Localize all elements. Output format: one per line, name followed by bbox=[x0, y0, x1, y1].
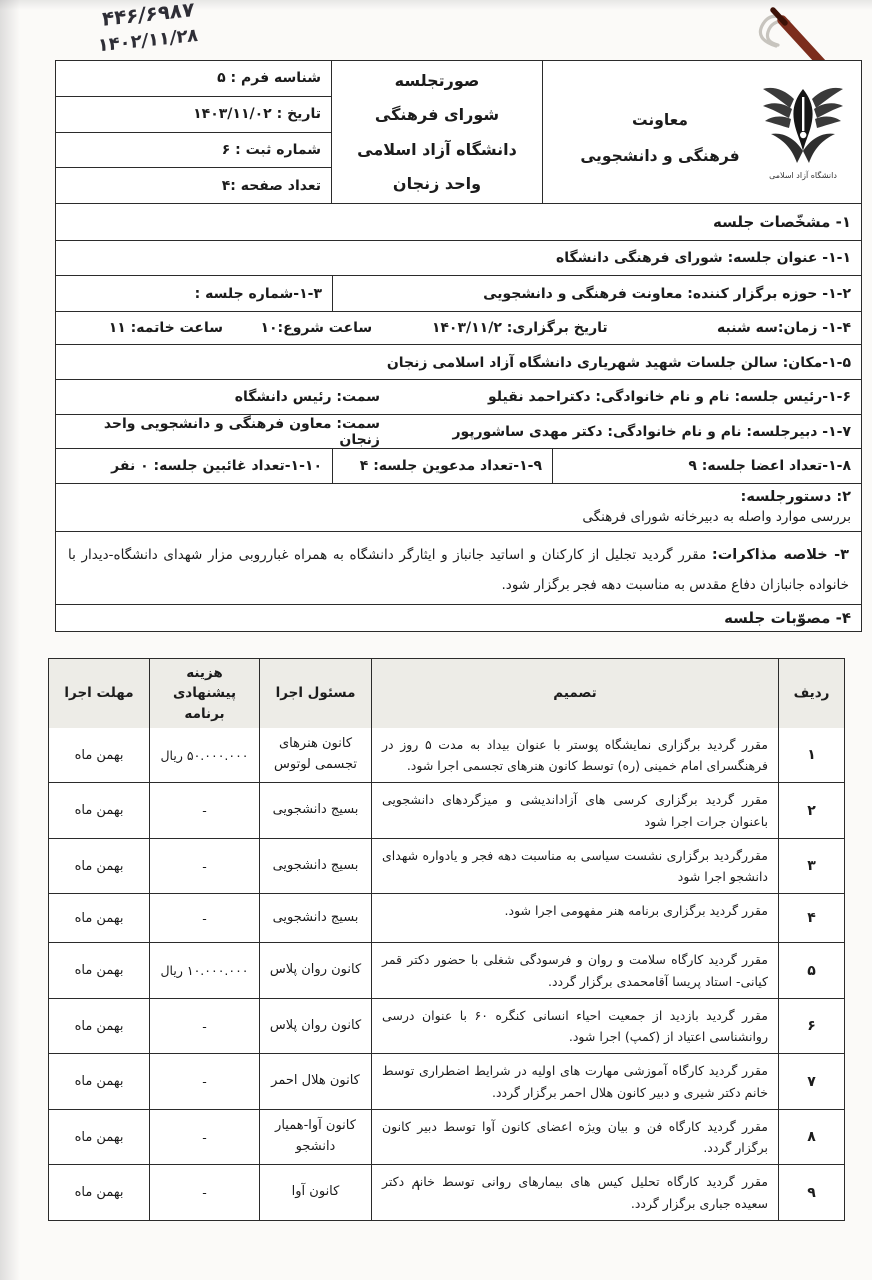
table-row: بهمن ماه - کانون آوا-همیار دانشجو مقرر گ… bbox=[49, 1109, 844, 1165]
secretary-position-field: سمت: معاون فرهنگی و دانشجویی واحد زنجان bbox=[66, 416, 380, 448]
row-number-cell: ۸ bbox=[778, 1110, 844, 1165]
azad-university-logo-icon: دانشگاه آزاد اسلامی bbox=[757, 75, 849, 191]
cost-cell: - bbox=[149, 999, 259, 1054]
row-host-and-session-no: ۱-۲- حوزه برگزار کننده: معاونت فرهنگی و … bbox=[55, 275, 862, 312]
title-line: صورتجلسه bbox=[395, 64, 480, 98]
section2-agenda: ۲: دستورجلسه: بررسی موارد واصله به دبیرخ… bbox=[55, 483, 862, 533]
executor-cell: کانون آوا-همیار دانشجو bbox=[259, 1110, 371, 1165]
cell-divider bbox=[332, 449, 333, 483]
cell-divider bbox=[332, 276, 333, 311]
meeting-date-field: تاریخ برگزاری: ۱۴۰۳/۱۱/۲ bbox=[372, 320, 608, 336]
executor-cell: کانون آوا bbox=[259, 1165, 371, 1220]
decisions-table: مهلت اجرا هزینه پیشنهادی برنامه مسئول اج… bbox=[48, 658, 845, 1221]
section3-lead: ۳- خلاصه مذاکرات: bbox=[712, 547, 849, 563]
decision-cell: مقررگردید برگزاری نشست سیاسی به مناسبت د… bbox=[371, 839, 778, 894]
secretary-name-field: ۱-۷- دبیرجلسه: نام و نام خانوادگی: دکتر … bbox=[380, 424, 851, 440]
meeting-day-field: ۱-۴- زمان:سه شنبه bbox=[608, 320, 851, 336]
deadline-cell: بهمن ماه bbox=[49, 783, 149, 838]
form-header-table: شناسه فرم : ۵ تاریخ : ۱۴۰۳/۱۱/۰۲ شماره ث… bbox=[55, 60, 862, 205]
cost-cell: - bbox=[149, 1165, 259, 1220]
form-meta-column: شناسه فرم : ۵ تاریخ : ۱۴۰۳/۱۱/۰۲ شماره ث… bbox=[56, 61, 331, 204]
executor-cell: کانون هنرهای تجسمی لوتوس bbox=[259, 728, 371, 783]
decision-cell: مقرر گردید کارگاه آموزشی مهارت های اولیه… bbox=[371, 1054, 778, 1109]
decision-cell: مقرر گردید بازدید از جمعیت احیاء انسانی … bbox=[371, 999, 778, 1054]
header-row-number: ردیف bbox=[778, 659, 844, 728]
scanned-meeting-minutes-page: { "colors": { "ink": "#1c1c1c", "border"… bbox=[0, 0, 872, 1280]
row-secretary: ۱-۷- دبیرجلسه: نام و نام خانوادگی: دکتر … bbox=[55, 414, 862, 450]
table-row: بهمن ماه - بسیج دانشجویی مقررگردید برگزا… bbox=[49, 838, 844, 894]
row-attendance-counts: ۱-۸-تعداد اعضا جلسه: ۹ ۱-۹-تعداد مدعوین … bbox=[55, 448, 862, 484]
deadline-cell: بهمن ماه bbox=[49, 894, 149, 942]
table-row: بهمن ماه ۱۰.۰۰۰.۰۰۰ ریال کانون روان پلاس… bbox=[49, 942, 844, 998]
row-number-cell: ۷ bbox=[778, 1054, 844, 1109]
deadline-cell: بهمن ماه bbox=[49, 728, 149, 783]
document-title: صورتجلسه شورای فرهنگی دانشگاه آزاد اسلام… bbox=[331, 61, 543, 204]
executor-cell: کانون هلال احمر bbox=[259, 1054, 371, 1109]
form-date-field: تاریخ : ۱۴۰۳/۱۱/۰۲ bbox=[56, 97, 331, 133]
title-line: واحد زنجان bbox=[393, 167, 481, 201]
header-decision: تصمیم bbox=[371, 659, 778, 728]
cell-divider bbox=[552, 449, 553, 483]
host-department-field: ۱-۲- حوزه برگزار کننده: معاونت فرهنگی و … bbox=[333, 276, 861, 311]
executor-cell: کانون روان پلاس bbox=[259, 943, 371, 998]
form-id-field: شناسه فرم : ۵ bbox=[56, 61, 331, 97]
header-deadline: مهلت اجرا bbox=[49, 659, 149, 728]
executor-cell: بسیج دانشجویی bbox=[259, 894, 371, 942]
scan-shadow-left bbox=[0, 0, 20, 1280]
row-number-cell: ۲ bbox=[778, 783, 844, 838]
invitees-count-field: ۱-۹-تعداد مدعوین جلسه: ۴ bbox=[333, 449, 552, 483]
executor-cell: کانون روان پلاس bbox=[259, 999, 371, 1054]
table-row: بهمن ماه - کانون آوا مقرر گردید کارگاه ت… bbox=[49, 1164, 844, 1220]
row-number-cell: ۶ bbox=[778, 999, 844, 1054]
department-cell: معاونت فرهنگی و دانشجویی دانشگاه آ bbox=[543, 61, 863, 204]
form-registration-number-field: شماره ثبت : ۶ bbox=[56, 133, 331, 169]
decision-cell: مقرر گردید برگزاری برنامه هنر مفهومی اجر… bbox=[371, 894, 778, 942]
deadline-cell: بهمن ماه bbox=[49, 1110, 149, 1165]
row-number-cell: ۴ bbox=[778, 894, 844, 942]
end-time-field: ساعت خاتمه: ۱۱ bbox=[66, 320, 223, 336]
cost-cell: - bbox=[149, 1110, 259, 1165]
row-number-cell: ۱ bbox=[778, 728, 844, 783]
form-page-count-field: تعداد صفحه :۴ bbox=[56, 168, 331, 204]
row-meeting-title: ۱-۱- عنوان جلسه: شورای فرهنگی دانشگاه bbox=[55, 240, 862, 277]
cost-cell: - bbox=[149, 839, 259, 894]
cost-cell: - bbox=[149, 783, 259, 838]
cost-cell: ۱۰.۰۰۰.۰۰۰ ریال bbox=[149, 943, 259, 998]
title-line: شورای فرهنگی bbox=[375, 98, 499, 132]
session-number-field: ۱-۳-شماره جلسه : bbox=[56, 276, 332, 311]
title-line: دانشگاه آزاد اسلامی bbox=[357, 133, 517, 167]
table-row: بهمن ماه - بسیج دانشجویی مقرر گردید برگز… bbox=[49, 893, 844, 942]
table-row: بهمن ماه - کانون هلال احمر مقرر گردید کا… bbox=[49, 1053, 844, 1109]
decisions-table-header: مهلت اجرا هزینه پیشنهادی برنامه مسئول اج… bbox=[49, 659, 844, 728]
decision-cell: مقرر گردید کارگاه سلامت و روان و فرسودگی… bbox=[371, 943, 778, 998]
section2-title: ۲: دستورجلسه: bbox=[66, 489, 851, 505]
row-time: ۱-۴- زمان:سه شنبه تاریخ برگزاری: ۱۴۰۳/۱۱… bbox=[55, 311, 862, 346]
table-row: بهمن ماه ۵۰.۰۰۰.۰۰۰ ریال کانون هنرهای تج… bbox=[49, 728, 844, 783]
decision-cell: مقرر گردید برگزاری نمایشگاه پوستر با عنو… bbox=[371, 728, 778, 783]
page-number: ۱ bbox=[398, 1176, 438, 1194]
cost-cell: ۵۰.۰۰۰.۰۰۰ ریال bbox=[149, 728, 259, 783]
deadline-cell: بهمن ماه bbox=[49, 1054, 149, 1109]
table-row: بهمن ماه - بسیج دانشجویی مقرر گردید برگز… bbox=[49, 782, 844, 838]
absentees-count-field: ۱-۱۰-تعداد غائبین جلسه: ۰ نفر bbox=[56, 449, 332, 483]
deadline-cell: بهمن ماه bbox=[49, 943, 149, 998]
table-row: بهمن ماه - کانون روان پلاس مقرر گردید با… bbox=[49, 998, 844, 1054]
row-chairperson: ۱-۶-رئیس جلسه: نام و نام خانوادگی: دکترا… bbox=[55, 379, 862, 415]
executor-cell: بسیج دانشجویی bbox=[259, 839, 371, 894]
section4-title: ۴- مصوّبات جلسه bbox=[55, 604, 862, 632]
row-number-cell: ۵ bbox=[778, 943, 844, 998]
start-time-field: ساعت شروع:۱۰ bbox=[223, 320, 372, 336]
deadline-cell: بهمن ماه bbox=[49, 839, 149, 894]
deadline-cell: بهمن ماه bbox=[49, 1165, 149, 1220]
deadline-cell: بهمن ماه bbox=[49, 999, 149, 1054]
chairperson-position-field: سمت: رئیس دانشگاه bbox=[66, 389, 380, 405]
form-body: ۱- مشخّصات جلسه ۱-۱- عنوان جلسه: شورای ف… bbox=[55, 205, 862, 632]
executor-cell: بسیج دانشجویی bbox=[259, 783, 371, 838]
department-title: معاونت فرهنگی و دانشجویی bbox=[565, 103, 755, 174]
cost-cell: - bbox=[149, 1054, 259, 1109]
row-location: ۱-۵-مکان: سالن جلسات شهید شهریاری دانشگا… bbox=[55, 344, 862, 381]
section3-paragraph: ۳- خلاصه مذاکرات: مقرر گردید تجلیل از کا… bbox=[68, 540, 849, 599]
header-executor: مسئول اجرا bbox=[259, 659, 371, 728]
cost-cell: - bbox=[149, 894, 259, 942]
members-count-field: ۱-۸-تعداد اعضا جلسه: ۹ bbox=[553, 449, 861, 483]
section2-body: بررسی موارد واصله به دبیرخانه شورای فرهن… bbox=[66, 509, 851, 525]
section1-title: ۱- مشخّصات جلسه bbox=[55, 203, 862, 241]
row-number-cell: ۹ bbox=[778, 1165, 844, 1220]
chairperson-name-field: ۱-۶-رئیس جلسه: نام و نام خانوادگی: دکترا… bbox=[380, 389, 851, 405]
department-line: معاونت bbox=[565, 103, 755, 139]
logo-caption: دانشگاه آزاد اسلامی bbox=[769, 170, 837, 180]
row-number-cell: ۳ bbox=[778, 839, 844, 894]
header-proposed-cost: هزینه پیشنهادی برنامه bbox=[149, 659, 259, 728]
decisions-rows: بهمن ماه ۵۰.۰۰۰.۰۰۰ ریال کانون هنرهای تج… bbox=[49, 728, 844, 1220]
decision-cell: مقرر گردید برگزاری کرسی های آزاداندیشی و… bbox=[371, 783, 778, 838]
decision-cell: مقرر گردید کارگاه فن و بیان ویژه اعضای ک… bbox=[371, 1110, 778, 1165]
section3-discussion-summary: ۳- خلاصه مذاکرات: مقرر گردید تجلیل از کا… bbox=[55, 531, 862, 606]
department-line: فرهنگی و دانشجویی bbox=[565, 139, 755, 175]
handwritten-reference: ۴۴۶/۶۹۸۷ ۱۴۰۲/۱۱/۲۸ bbox=[49, 0, 248, 62]
